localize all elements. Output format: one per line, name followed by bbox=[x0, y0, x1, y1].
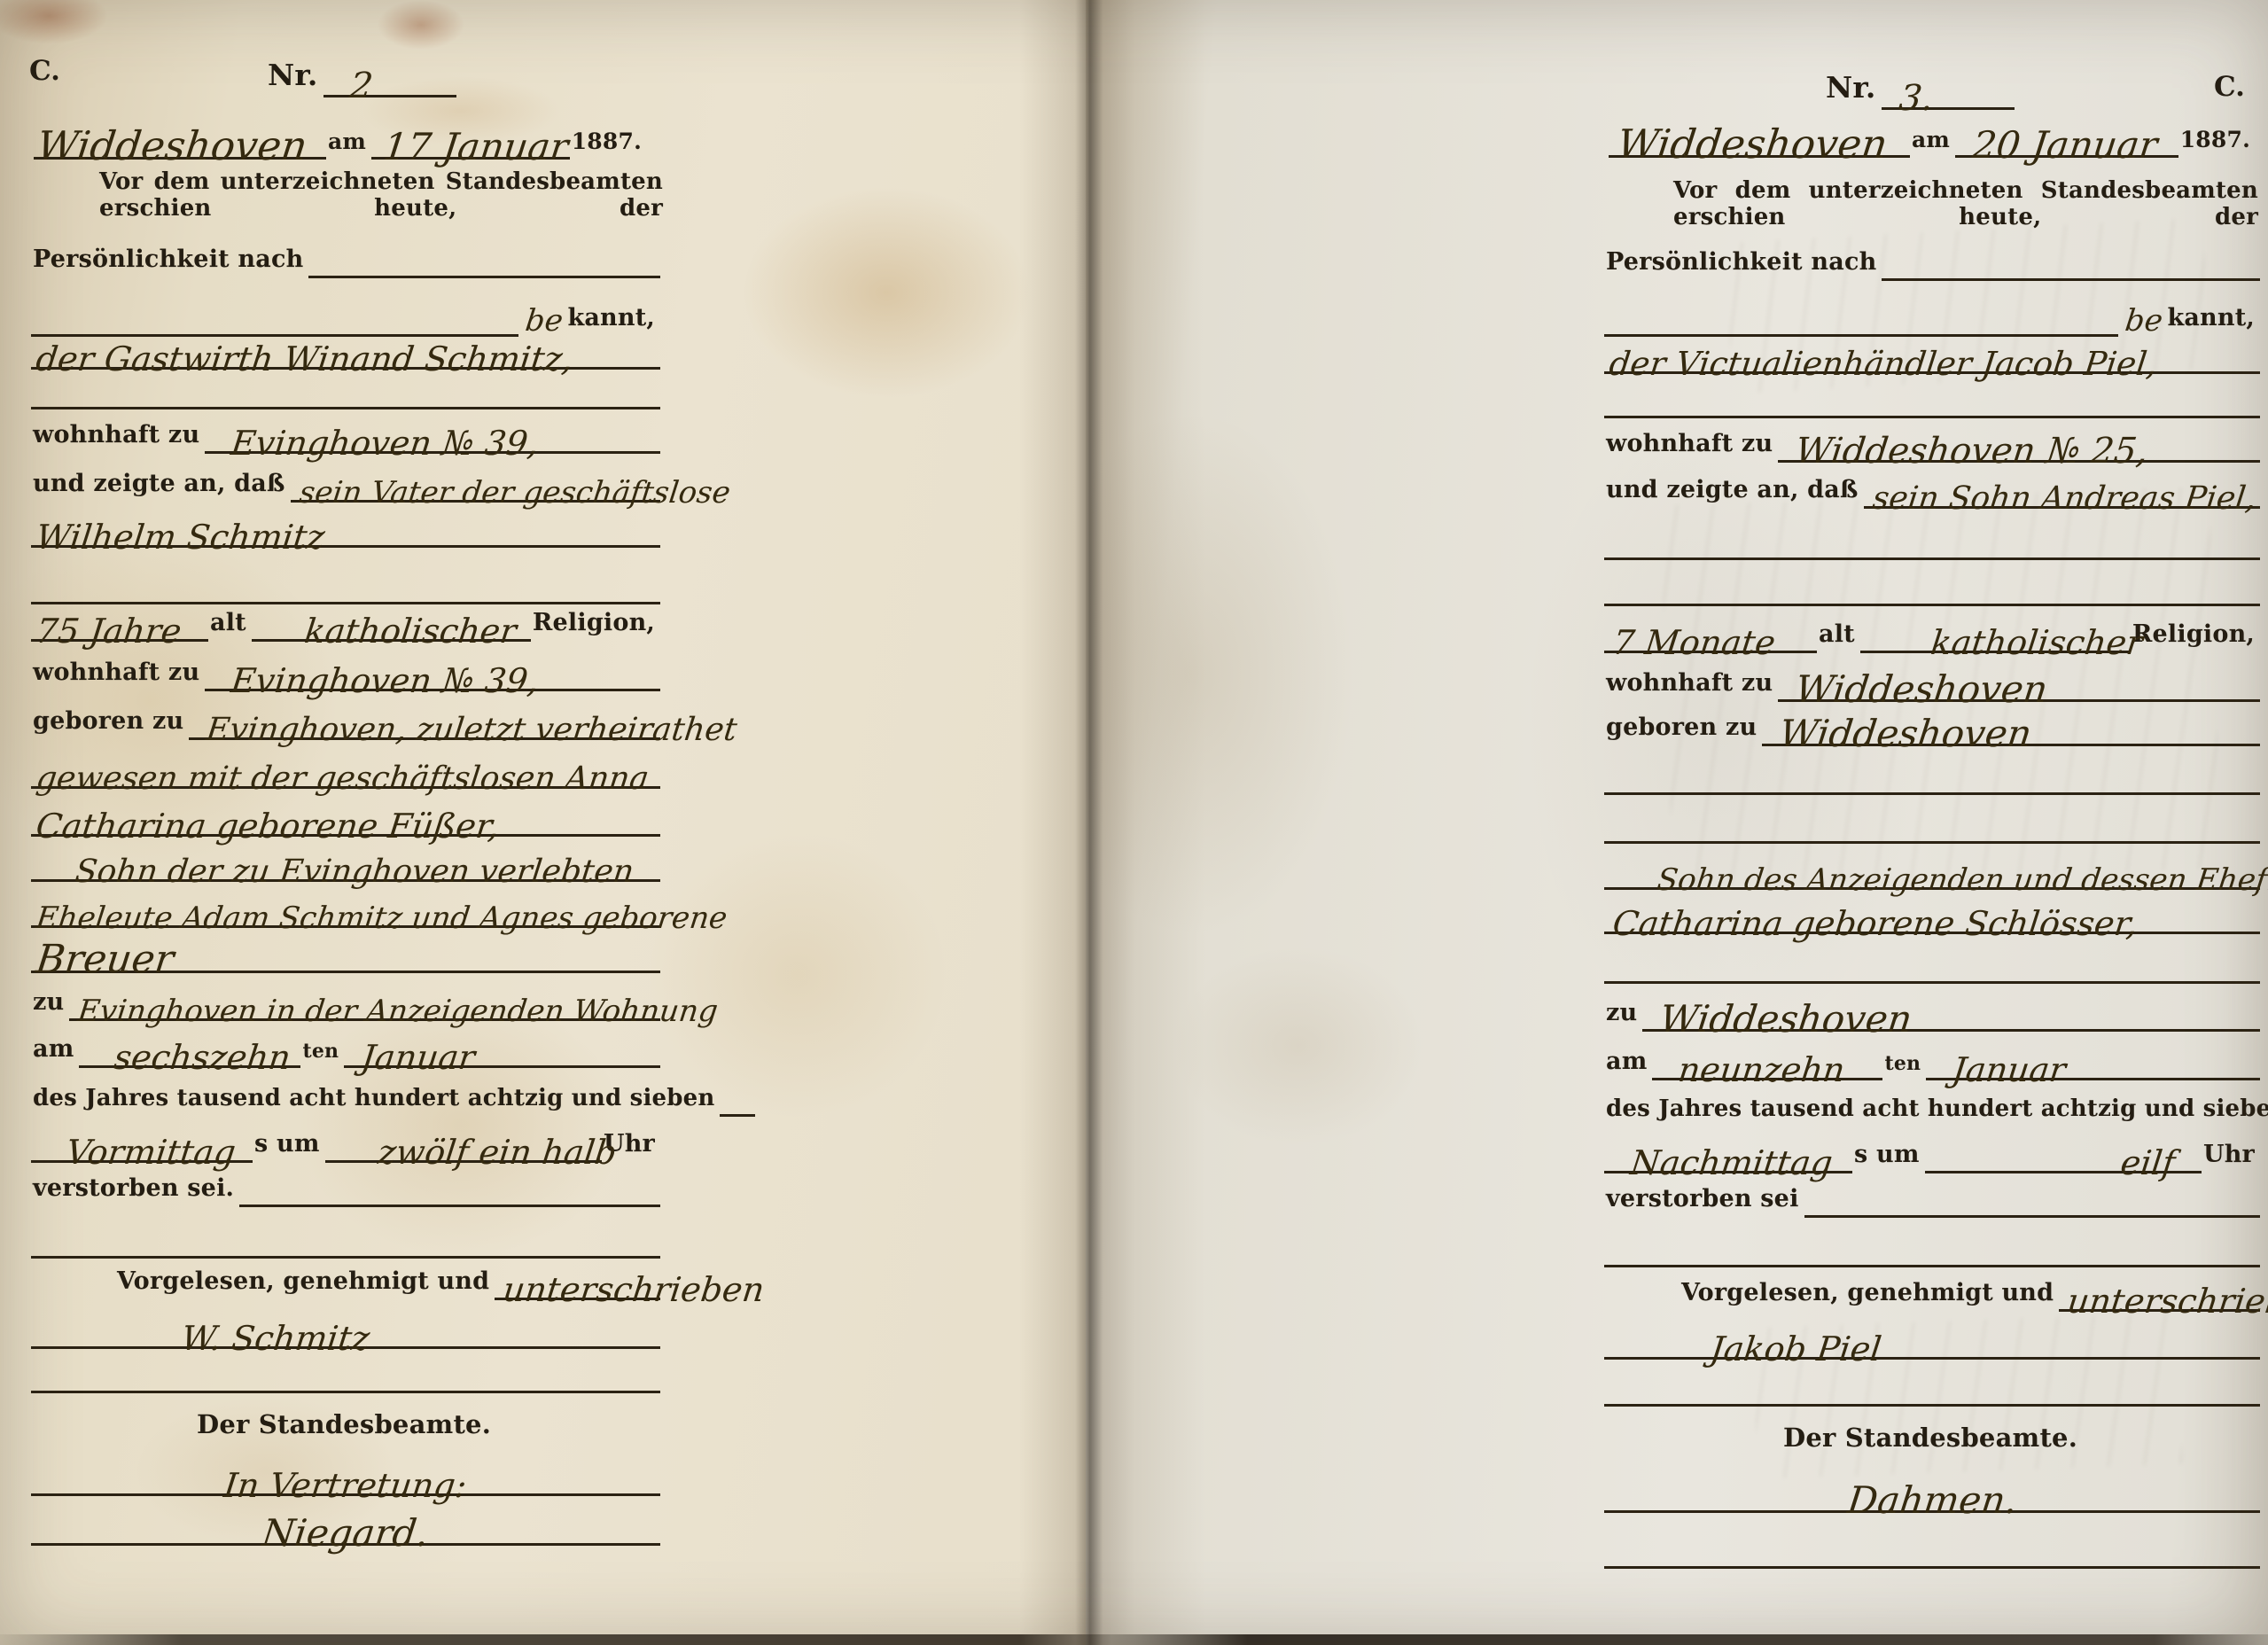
handwritten-text: neunzehn bbox=[1677, 1055, 1847, 1085]
handwritten-text: Jakob Piel bbox=[1709, 1334, 1883, 1364]
form-line: W. Schmitz bbox=[31, 1308, 660, 1349]
handwritten-text: Januar bbox=[360, 1042, 477, 1072]
printed-text: verstorben sei bbox=[1604, 1185, 1804, 1218]
rule-line bbox=[1604, 1404, 2260, 1407]
form-line: amneunzehntenJanuar bbox=[1604, 1040, 2260, 1080]
handwritten-text: katholischer bbox=[303, 616, 518, 646]
rule-line bbox=[1882, 278, 2260, 281]
handwritten-text: gewesen mit der geschäftslosen Anna bbox=[35, 765, 651, 793]
printed-text: wohnhaft zu bbox=[1604, 669, 1778, 702]
filled-rule-line: Niegard. bbox=[31, 1516, 660, 1546]
handwritten-text: 7 Monate bbox=[1611, 628, 1777, 658]
printed-text: alt bbox=[208, 609, 252, 642]
form-line: des Jahres tausend acht hundert achtzig … bbox=[1604, 1087, 2260, 1127]
filled-rule-line: katholischer bbox=[252, 616, 531, 642]
handwritten-text: 75 Jahre bbox=[35, 616, 183, 646]
form-line bbox=[1604, 943, 2260, 984]
printed-text: wohnhaft zu bbox=[31, 421, 205, 454]
handwritten-text: Evinghoven № 39, bbox=[230, 666, 541, 696]
handwritten-text: Widdeshoven bbox=[1778, 717, 2034, 751]
handwritten-text: Breuer bbox=[35, 942, 176, 978]
filled-rule-line: Catharina geborene Füßer, bbox=[31, 811, 660, 837]
intro-line: Vor dem unterzeichneten Standesbeamten e… bbox=[1673, 193, 2258, 234]
filled-rule-line: In Vertretung: bbox=[31, 1470, 660, 1496]
rule-line bbox=[1604, 1265, 2260, 1267]
form-line: und zeigte an, daßsein Vater der geschäf… bbox=[31, 462, 660, 503]
handwritten-text: Evinghoven, zuletzt verheirathet bbox=[205, 716, 738, 745]
printed-text: Der Standesbeamte. bbox=[1781, 1423, 2083, 1458]
handwritten-text: be bbox=[2124, 308, 2164, 335]
filled-rule-line: sein Sohn Andreas Piel, bbox=[1864, 485, 2260, 509]
form-line: wohnhaft zuEvinghoven № 39, bbox=[31, 413, 660, 454]
form-line: zuWiddeshoven bbox=[1604, 991, 2260, 1032]
printed-text: s um bbox=[1852, 1141, 1925, 1173]
filled-rule-line: Eheleute Adam Schmitz und Agnes geborene bbox=[31, 905, 660, 928]
registrar-heading: Der Standesbeamte. bbox=[1604, 1417, 2260, 1458]
printed-text: am bbox=[1604, 1048, 1652, 1080]
form-line: der Victualienhändler Jacob Piel, bbox=[1604, 333, 2260, 374]
handwritten-text: 2 bbox=[347, 70, 374, 102]
form-line: Vorgelesen, genehmigt undunterschrieben bbox=[31, 1259, 660, 1300]
handwritten-text: Catharina geborene Schlösser, bbox=[1611, 908, 2139, 939]
section-letter-right: C. bbox=[2214, 71, 2245, 103]
printed-text: geboren zu bbox=[1604, 713, 1762, 746]
filled-rule-line: Widdeshoven № 25, bbox=[1778, 435, 2260, 463]
form-line: geboren zuWiddeshoven bbox=[1604, 706, 2260, 746]
form-line: wohnhaft zuEvinghoven № 39, bbox=[31, 651, 660, 691]
form-line bbox=[1604, 1366, 2260, 1407]
printed-text: ten bbox=[300, 1040, 344, 1068]
printed-text: am bbox=[1910, 127, 1955, 158]
filled-rule-line: Sohn des Anzeigenden und dessen Ehefrau bbox=[1604, 867, 2260, 890]
handwritten-text: Widdeshoven bbox=[1794, 673, 2050, 706]
filled-rule-line: Widdeshoven bbox=[34, 129, 326, 160]
handwritten-text: Vormittag bbox=[65, 1137, 238, 1167]
form-line: Nachmittags umeilfUhr bbox=[1604, 1133, 2260, 1173]
filled-rule-line: Wilhelm Schmitz bbox=[31, 522, 660, 548]
filled-rule-line: unterschrieben bbox=[2059, 1286, 2260, 1312]
printed-text: 1887. bbox=[570, 129, 647, 160]
filled-rule-line: Evinghoven № 39, bbox=[205, 428, 660, 454]
form-line bbox=[1604, 1227, 2260, 1267]
printed-text: Religion, bbox=[2131, 620, 2260, 653]
form-line: Dahmen. bbox=[1604, 1472, 2260, 1513]
form-line: wohnhaft zuWiddeshoven № 25, bbox=[1604, 422, 2260, 463]
filled-rule-line: Nachmittag bbox=[1604, 1148, 1852, 1173]
rule-line bbox=[308, 276, 660, 278]
printed-text: zu bbox=[1604, 999, 1642, 1032]
form-line: 7 MonatealtkatholischerReligion, bbox=[1604, 612, 2260, 653]
form-line bbox=[1604, 519, 2260, 560]
filled-rule-line: Widdeshoven bbox=[1778, 673, 2260, 702]
printed-text: zu bbox=[31, 988, 69, 1021]
rule-line bbox=[1604, 604, 2260, 606]
form-line bbox=[1604, 803, 2260, 844]
handwritten-text: sein Vater der geschäftslose bbox=[298, 479, 732, 507]
handwritten-text: Widdeshoven bbox=[1616, 127, 1890, 163]
filled-rule-line: 2 bbox=[323, 70, 456, 97]
filled-rule-line: sechszehn bbox=[79, 1042, 300, 1068]
printed-text: geboren zu bbox=[31, 707, 189, 740]
printed-text: wohnhaft zu bbox=[1604, 430, 1778, 463]
handwritten-text: unterschrieben bbox=[2066, 1286, 2268, 1316]
printed-text: am bbox=[31, 1035, 79, 1068]
printed-text: Vor dem unterzeichneten Standesbeamten e… bbox=[1673, 177, 2258, 234]
filled-rule-line: Evinghoven № 39, bbox=[205, 666, 660, 691]
death-register-spread: C. C. Nr.2Widdeshovenam17 Januar1887.Vor… bbox=[0, 0, 2268, 1645]
printed-text: ten bbox=[1882, 1052, 1926, 1080]
filled-rule-line: eilf bbox=[1925, 1148, 2202, 1173]
handwritten-text: Niegard. bbox=[261, 1516, 431, 1550]
filled-rule-line: Widdeshoven bbox=[1609, 127, 1910, 159]
filled-rule-line: Sohn der zu Evinghoven verlebten bbox=[31, 858, 660, 882]
form-line: zuEvinghoven in der Anzeigenden Wohnung bbox=[31, 980, 660, 1021]
printed-text: Religion, bbox=[531, 609, 660, 642]
handwritten-text: eilf bbox=[2119, 1148, 2177, 1178]
form-line: der Gastwirth Winand Schmitz, bbox=[31, 329, 660, 370]
place-date-line: Widdeshovenam17 Januar1887. bbox=[34, 119, 647, 160]
form-line bbox=[1604, 1528, 2260, 1569]
filled-rule-line: unterschrieben bbox=[495, 1275, 660, 1300]
form-line: Jakob Piel bbox=[1604, 1319, 2260, 1360]
filled-rule-line: Breuer bbox=[31, 942, 660, 973]
rule-line bbox=[1604, 416, 2260, 418]
rule-line bbox=[31, 1391, 660, 1393]
form-line: In Vertretung: bbox=[31, 1455, 660, 1496]
printed-text: des Jahres tausend acht hundert achtzig … bbox=[1604, 1095, 2268, 1127]
filled-rule-line: sein Vater der geschäftslose bbox=[291, 479, 660, 503]
printed-text: verstorben sei. bbox=[31, 1174, 239, 1207]
filled-rule-line: 20 Januar bbox=[1955, 129, 2178, 158]
filled-rule-line: der Gastwirth Winand Schmitz, bbox=[31, 344, 660, 370]
handwritten-text: Januar bbox=[1951, 1055, 2068, 1085]
handwritten-text: Dahmen. bbox=[1845, 1484, 2019, 1517]
page-bottom-edge bbox=[0, 1634, 2268, 1645]
rule-line bbox=[1604, 1566, 2260, 1569]
form-line bbox=[31, 1218, 660, 1259]
filled-rule-line: Vormittag bbox=[31, 1137, 253, 1163]
printed-text: Der Standesbeamte. bbox=[195, 1409, 496, 1445]
filled-rule-line: 75 Jahre bbox=[31, 616, 208, 642]
filled-rule-line: Januar bbox=[1926, 1055, 2260, 1080]
filled-rule-line: katholischer bbox=[1860, 628, 2131, 653]
handwritten-text: Widdeshoven bbox=[35, 129, 309, 165]
printed-text: und zeigte an, daß bbox=[1604, 476, 1864, 509]
filled-rule-line: Widdeshoven bbox=[1642, 1002, 2260, 1032]
filled-rule-line: neunzehn bbox=[1652, 1055, 1882, 1080]
filled-rule-line: Widdeshoven bbox=[1762, 717, 2260, 746]
form-line: Persönlichkeit nach bbox=[1604, 240, 2260, 281]
form-line: Vorgelesen, genehmigt undunterschrieben bbox=[1604, 1271, 2260, 1312]
form-line bbox=[31, 564, 660, 604]
rule-line bbox=[1604, 557, 2260, 560]
form-line: wohnhaft zuWiddeshoven bbox=[1604, 661, 2260, 702]
rule-line bbox=[1604, 841, 2260, 844]
handwritten-text: Wilhelm Schmitz bbox=[35, 522, 326, 552]
record-number-line: Nr.2 bbox=[266, 57, 456, 97]
filled-rule-line: W. Schmitz bbox=[31, 1323, 660, 1349]
filled-rule-line: zwölf ein halb bbox=[325, 1137, 602, 1163]
rule-line bbox=[239, 1205, 660, 1207]
rule-line bbox=[31, 1256, 660, 1259]
printed-text: des Jahres tausend acht hundert achtzig … bbox=[31, 1085, 720, 1117]
filled-rule-line: Dahmen. bbox=[1604, 1484, 2260, 1513]
form-line: amsechszehntenJanuar bbox=[31, 1027, 660, 1068]
handwritten-text: sein Sohn Andreas Piel, bbox=[1871, 485, 2257, 513]
handwritten-text: der Victualienhändler Jacob Piel, bbox=[1608, 349, 2159, 378]
printed-text: wohnhaft zu bbox=[31, 659, 205, 691]
form-line: Catharina geborene Schlösser, bbox=[1604, 893, 2260, 934]
filled-rule-line: Evinghoven, zuletzt verheirathet bbox=[189, 716, 660, 740]
form-line: Sohn der zu Evinghoven verlebten bbox=[31, 841, 660, 882]
printed-text: Uhr bbox=[2202, 1141, 2260, 1173]
printed-text: Persönlichkeit nach bbox=[31, 246, 308, 278]
form-line: gewesen mit der geschäftslosen Anna bbox=[31, 748, 660, 789]
form-line: bekannt, bbox=[1604, 296, 2260, 337]
registrar-heading: Der Standesbeamte. bbox=[31, 1404, 660, 1445]
filled-rule-line: Jakob Piel bbox=[1604, 1334, 2260, 1360]
filled-rule-line: Catharina geborene Schlösser, bbox=[1604, 908, 2260, 934]
handwritten-text: 17 Januar bbox=[382, 130, 571, 164]
handwritten-text: Widdeshoven bbox=[1658, 1002, 1914, 1036]
filled-rule-line: der Victualienhändler Jacob Piel, bbox=[1604, 349, 2260, 374]
form-line: verstorben sei. bbox=[31, 1166, 660, 1207]
form-line: und zeigte an, daßsein Sohn Andreas Piel… bbox=[1604, 468, 2260, 509]
form-line: Sohn des Anzeigenden und dessen Ehefrau bbox=[1604, 849, 2260, 890]
handwritten-text: katholischer bbox=[1929, 628, 2145, 658]
handwritten-text: Sohn des Anzeigenden und dessen Ehefrau bbox=[1656, 867, 2268, 894]
filled-rule-line: 17 Januar bbox=[371, 130, 570, 160]
form-line bbox=[31, 369, 660, 409]
form-line bbox=[1604, 565, 2260, 606]
handwritten-text: unterschrieben bbox=[502, 1275, 766, 1305]
printed-text: alt bbox=[1817, 620, 1860, 653]
form-line: 75 JahrealtkatholischerReligion, bbox=[31, 601, 660, 642]
handwritten-text: W. Schmitz bbox=[180, 1323, 371, 1353]
handwritten-text: Widdeshoven № 25, bbox=[1794, 435, 2150, 467]
handwritten-text: zwölf ein halb bbox=[377, 1137, 619, 1167]
handwritten-text: Eheleute Adam Schmitz und Agnes geborene bbox=[35, 905, 729, 932]
rule-line bbox=[1604, 792, 2260, 795]
printed-text: Vorgelesen, genehmigt und bbox=[115, 1267, 495, 1300]
place-date-line: Widdeshovenam20 Januar1887. bbox=[1609, 117, 2256, 158]
printed-text: und zeigte an, daß bbox=[31, 470, 291, 503]
filled-rule-line: gewesen mit der geschäftslosen Anna bbox=[31, 765, 660, 789]
printed-text: Persönlichkeit nach bbox=[1604, 248, 1882, 281]
printed-text: Vor dem unterzeichneten Standesbeamten e… bbox=[99, 168, 663, 225]
form-line: Wilhelm Schmitz bbox=[31, 507, 660, 548]
handwritten-text: 20 Januar bbox=[1971, 129, 2160, 162]
section-letter-left: C. bbox=[29, 55, 60, 87]
filled-rule-line: 3. bbox=[1882, 82, 2015, 110]
rule-line bbox=[31, 407, 660, 409]
rule-line bbox=[1804, 1215, 2260, 1218]
printed-text: kannt, bbox=[2165, 304, 2260, 337]
form-line bbox=[31, 1353, 660, 1393]
handwritten-text: 3. bbox=[1897, 82, 1935, 114]
form-line: Catharina geborene Füßer, bbox=[31, 796, 660, 837]
printed-text: Vorgelesen, genehmigt und bbox=[1680, 1279, 2059, 1312]
form-line bbox=[1604, 378, 2260, 418]
printed-text: am bbox=[326, 129, 371, 160]
handwritten-text: Evinghoven № 39, bbox=[230, 428, 541, 458]
form-line: Persönlichkeit nach bbox=[31, 238, 660, 278]
rule-line bbox=[720, 1114, 755, 1117]
printed-text: 1887. bbox=[2178, 127, 2256, 158]
handwritten-text: Catharina geborene Füßer, bbox=[35, 811, 501, 841]
printed-text: Nr. bbox=[266, 58, 323, 97]
printed-text: s um bbox=[253, 1130, 325, 1163]
form-line: Vormittags umzwölf ein halbUhr bbox=[31, 1122, 660, 1163]
printed-text: Nr. bbox=[1824, 70, 1882, 110]
handwritten-text: sechszehn bbox=[113, 1042, 292, 1072]
form-line: Eheleute Adam Schmitz und Agnes geborene bbox=[31, 887, 660, 928]
handwritten-text: Evinghoven in der Anzeigenden Wohnung bbox=[76, 998, 719, 1025]
form-line bbox=[1604, 754, 2260, 795]
record-number-line: Nr.3. bbox=[1824, 69, 2015, 110]
rule-line bbox=[1604, 981, 2260, 984]
intro-line: Vor dem unterzeichneten Standesbeamten e… bbox=[99, 184, 663, 225]
filled-rule-line: 7 Monate bbox=[1604, 628, 1817, 653]
filled-rule-line: Evinghoven in der Anzeigenden Wohnung bbox=[69, 998, 660, 1021]
form-line: des Jahres tausend acht hundert achtzig … bbox=[31, 1076, 660, 1117]
handwritten-text: Sohn der zu Evinghoven verlebten bbox=[74, 858, 635, 886]
handwritten-text: Nachmittag bbox=[1629, 1148, 1835, 1178]
filled-rule-line: Januar bbox=[344, 1042, 660, 1068]
form-line: geboren zuEvinghoven, zuletzt verheirath… bbox=[31, 699, 660, 740]
form-line: Niegard. bbox=[31, 1505, 660, 1546]
form-line: verstorben sei bbox=[1604, 1177, 2260, 1218]
handwritten-text: In Vertretung: bbox=[222, 1470, 469, 1501]
form-line: Breuer bbox=[31, 932, 660, 973]
